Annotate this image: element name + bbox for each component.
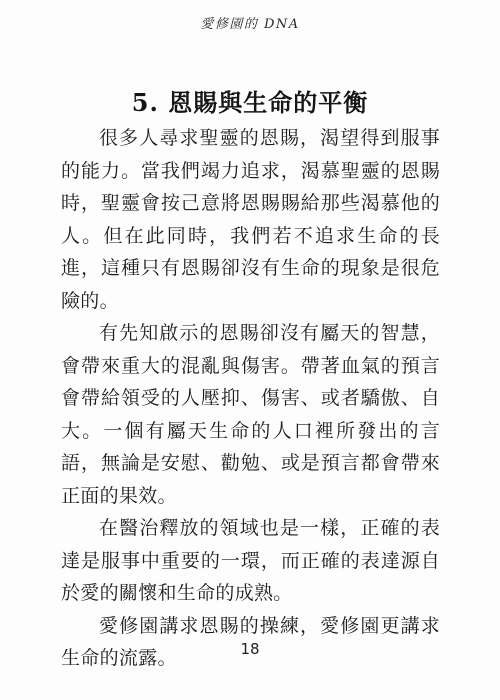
running-header: 愛修園的 DNA: [0, 13, 500, 32]
paragraph-2: 有先知啟示的恩賜卻沒有屬天的智慧，會帶來重大的混亂與傷害。帶著血氣的預言會帶給領…: [61, 317, 440, 512]
book-page: 愛修園的 DNA 5. 恩賜與生命的平衡 很多人尋求聖靈的恩賜，渴望得到服事的能…: [0, 0, 500, 700]
page-number: 18: [0, 640, 500, 658]
chapter-title: 5. 恩賜與生命的平衡: [0, 83, 500, 118]
paragraph-1: 很多人尋求聖靈的恩賜，渴望得到服事的能力。當我們竭力追求，渴慕聖靈的恩賜時，聖靈…: [61, 122, 440, 317]
body-text: 很多人尋求聖靈的恩賜，渴望得到服事的能力。當我們竭力追求，渴慕聖靈的恩賜時，聖靈…: [61, 122, 440, 675]
paragraph-3: 在醫治釋放的領域也是一樣，正確的表達是服事中重要的一環，而正確的表達源自於愛的關…: [61, 512, 440, 610]
